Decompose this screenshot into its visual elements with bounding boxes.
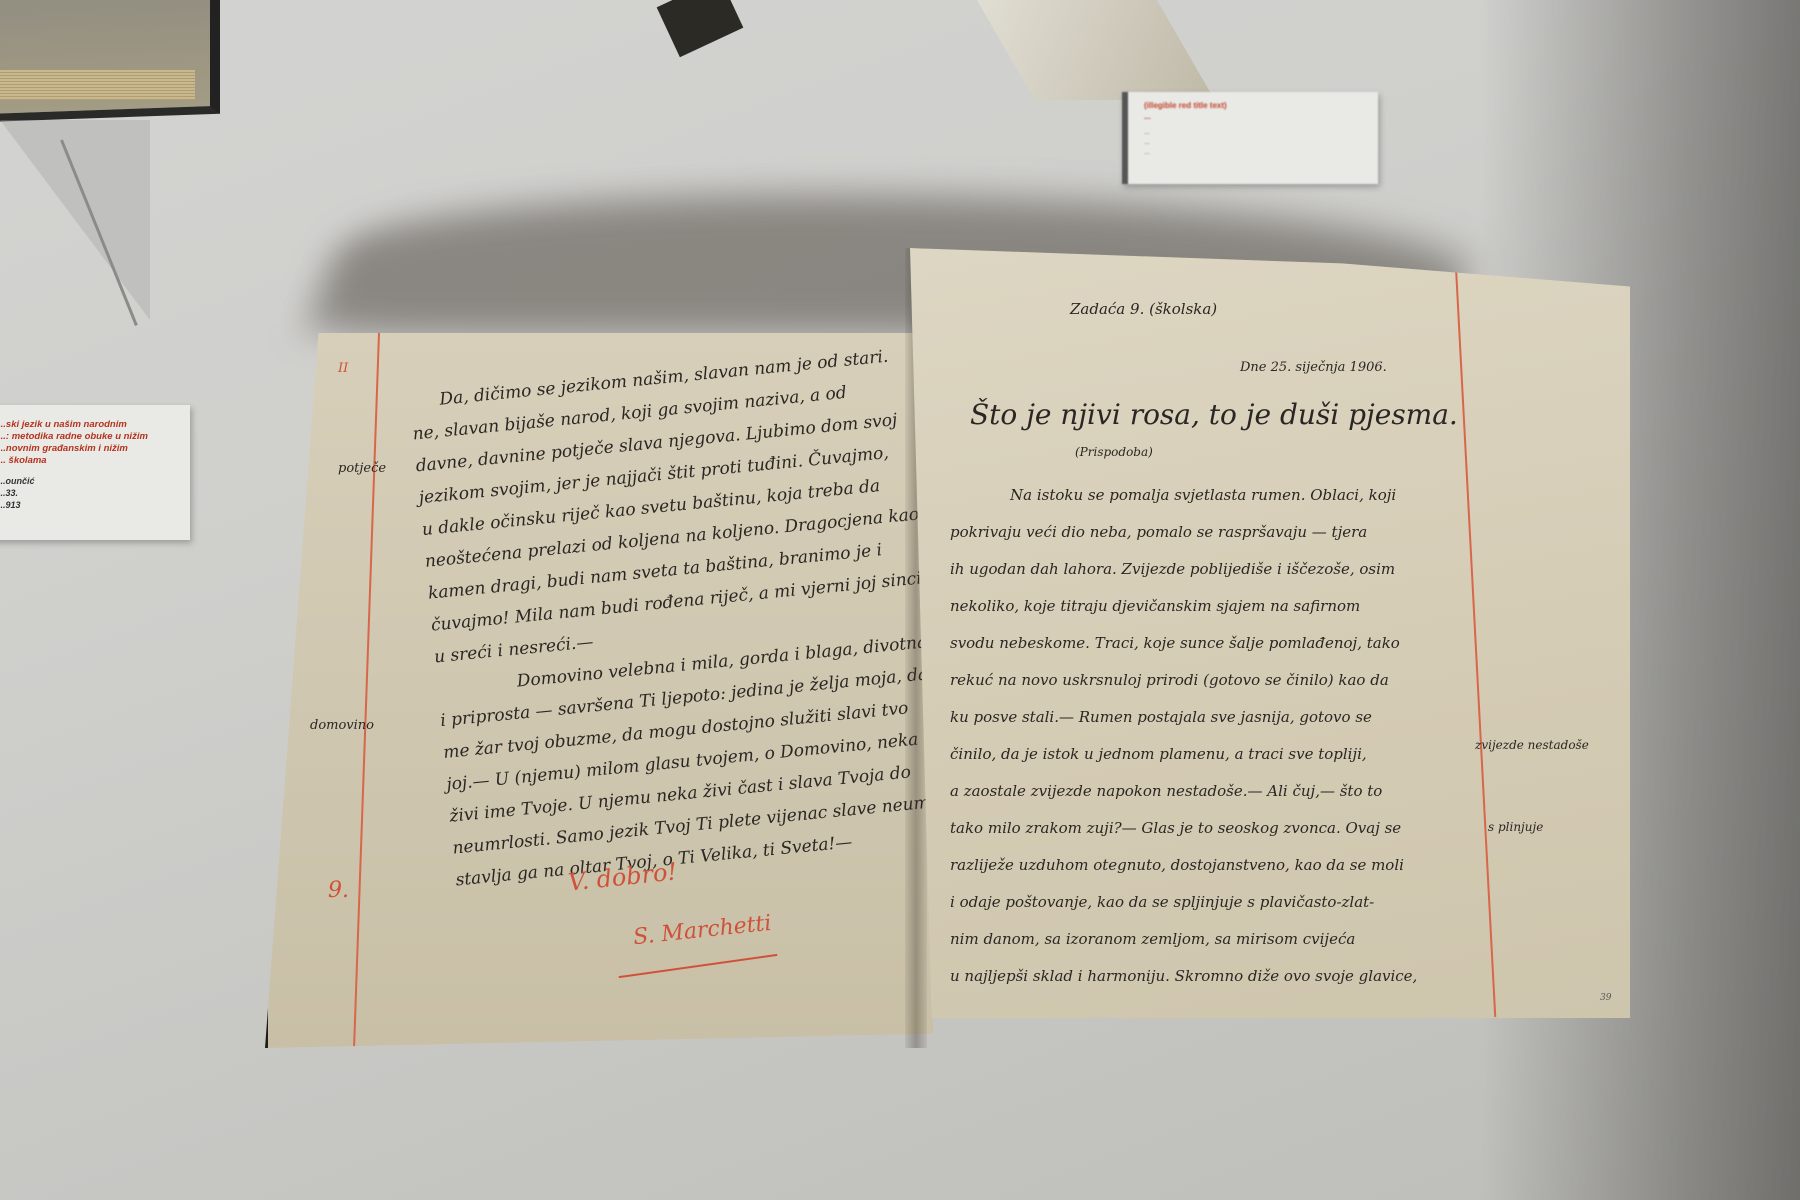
text-line: a zaostale zvijezde napokon nestadoše.— … [950, 782, 1382, 800]
text-line: svodu nebeskome. Traci, koje sunce šalje… [950, 634, 1400, 652]
text-line: nekoliko, koje titraju djevičanskim sjaj… [950, 597, 1360, 615]
text-line: činilo, da je istok u jednom plamenu, a … [950, 745, 1367, 763]
text-line: tako milo zrakom zuji?— Glas je to seosk… [950, 819, 1401, 837]
acrylic-stand [0, 120, 150, 320]
teacher-signature: S. Marchetti [632, 911, 773, 950]
page-mark: II [338, 361, 348, 376]
text-line: u najljepši sklad i harmoniju. Skromno d… [950, 967, 1417, 985]
exhibit-label-left: ...ski jezik u našim narodnim ...: metod… [0, 405, 190, 540]
margin-note: potječe [338, 461, 386, 476]
margin-correction: zvijezde nestadoše [1475, 738, 1589, 752]
background-book [0, 0, 220, 122]
text-line: Na istoku se pomalja svjetlasta rumen. O… [1010, 486, 1396, 504]
assignment-header: Zadaća 9. (školska) [1070, 300, 1217, 318]
notebook-right-page: Zadaća 9. (školska) Dne 25. siječnja 190… [910, 248, 1630, 1018]
text-line: i odaje poštovanje, kao da se spljinjuje… [950, 893, 1374, 911]
text-line: ku posve stali.— Rumen postajala sve jas… [950, 708, 1372, 726]
essay-title: Što je njivi rosa, to je duši pjesma. [970, 398, 1458, 431]
margin-note: domovino [310, 718, 374, 733]
exhibit-label-right: (illegible red title text) ... ... ... .… [1122, 92, 1378, 184]
background-book-pages [0, 70, 195, 100]
text-line: ih ugodan dah lahora. Zvijezde poblijedi… [950, 560, 1395, 578]
exhibit-label-title: (illegible red title text) ... [1128, 92, 1378, 122]
essay-subtitle: (Prispodoba) [1075, 445, 1153, 459]
margin-correction: s plinjuje [1488, 820, 1543, 834]
background-paper [965, 0, 1214, 100]
notebook-left-page: II potječe domovino 9. Da, dičimo se jez… [265, 333, 933, 1048]
open-notebook: II potječe domovino 9. Da, dičimo se jez… [265, 248, 1630, 1058]
exhibit-label-meta: ... ... ... [1128, 122, 1378, 158]
margin-line [1455, 268, 1496, 1017]
exhibit-label-meta: ...ounčić ...33. ...913 [0, 467, 190, 511]
exhibit-label-title: ...ski jezik u našim narodnim ...: metod… [0, 405, 190, 467]
background-book-corner [657, 0, 744, 57]
text-line: rekuć na novo uskrsnuloj prirodi (gotovo… [950, 671, 1389, 689]
margin-note: 9. [328, 878, 349, 903]
right-page-text: Na istoku se pomalja svjetlasta rumen. O… [950, 486, 1460, 1046]
signature-flourish [619, 954, 778, 978]
text-line: pokrivaju veći dio neba, pomalo se raspr… [950, 523, 1367, 541]
page-number: 39 [1600, 993, 1611, 1003]
text-line: razliježe uzduhom otegnuto, dostojanstve… [950, 856, 1404, 874]
text-line: nim danom, sa izoranom zemljom, sa miris… [950, 930, 1355, 948]
text-line: u sreći i nesreći.— [433, 632, 594, 667]
assignment-date: Dne 25. siječnja 1906. [1240, 360, 1387, 375]
margin-line [353, 333, 380, 1048]
